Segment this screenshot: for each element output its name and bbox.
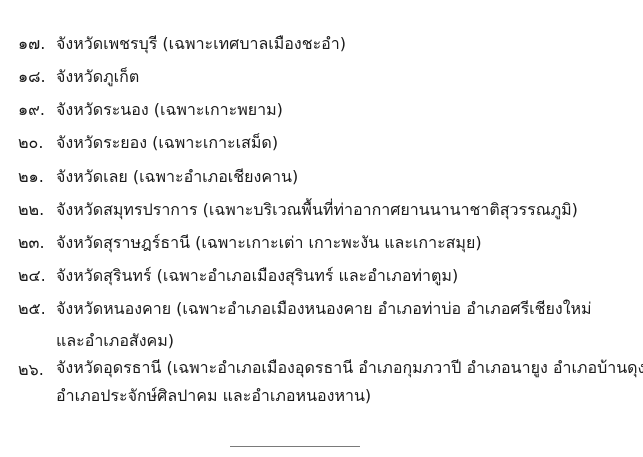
item-number: ๒๒. [18, 194, 54, 226]
item-text: จังหวัดสุรินทร์ (เฉพาะอำเภอเมืองสุรินทร์… [56, 260, 628, 292]
item-number: ๒๖. [18, 354, 54, 386]
list-item-25: ๒๕. จังหวัดหนองคาย (เฉพาะอำเภอเมืองหนองค… [18, 293, 628, 357]
item-number: ๒๕. [18, 293, 54, 325]
list-item-21: ๒๑. จังหวัดเลย (เฉพาะอำเภอเชียงคาน) [18, 161, 628, 193]
item-text: จังหวัดระนอง (เฉพาะเกาะพยาม) [56, 94, 628, 126]
item-number: ๒๔. [18, 260, 54, 292]
item-text: จังหวัดสุราษฎร์ธานี (เฉพาะเกาะเต่า เกาะพ… [56, 227, 628, 259]
list-item-23: ๒๓. จังหวัดสุราษฎร์ธานี (เฉพาะเกาะเต่า เ… [18, 227, 628, 259]
item-number: ๒๐. [18, 127, 54, 159]
item-line: จังหวัดเพชรบุรี (เฉพาะเทศบาลเมืองชะอำ) [56, 28, 628, 60]
list-item-20: ๒๐. จังหวัดระยอง (เฉพาะเกาะเสม็ด) [18, 127, 628, 159]
item-number: ๑๙. [18, 94, 54, 126]
item-line: จังหวัดระยอง (เฉพาะเกาะเสม็ด) [56, 127, 628, 159]
item-line: จังหวัดอุดรธานี (เฉพาะอำเภอเมืองอุดรธานี… [56, 354, 628, 382]
item-number: ๒๓. [18, 227, 54, 259]
item-text: จังหวัดอุดรธานี (เฉพาะอำเภอเมืองอุดรธานี… [56, 354, 628, 410]
end-divider-line [230, 446, 360, 447]
item-text: จังหวัดหนองคาย (เฉพาะอำเภอเมืองหนองคาย อ… [56, 293, 628, 357]
list-item-22: ๒๒. จังหวัดสมุทรปราการ (เฉพาะบริเวณพื้นท… [18, 194, 628, 226]
list-item-18: ๑๘. จังหวัดภูเก็ต [18, 61, 628, 93]
item-line: จังหวัดหนองคาย (เฉพาะอำเภอเมืองหนองคาย อ… [56, 293, 628, 325]
item-text: จังหวัดสมุทรปราการ (เฉพาะบริเวณพื้นที่ท่… [56, 194, 628, 226]
item-line: อำเภอประจักษ์ศิลปาคม และอำเภอหนองหาน) [56, 382, 628, 410]
item-text: จังหวัดเลย (เฉพาะอำเภอเชียงคาน) [56, 161, 628, 193]
item-line: จังหวัดภูเก็ต [56, 61, 628, 93]
item-line: จังหวัดสุราษฎร์ธานี (เฉพาะเกาะเต่า เกาะพ… [56, 227, 628, 259]
item-line: จังหวัดสุรินทร์ (เฉพาะอำเภอเมืองสุรินทร์… [56, 260, 628, 292]
item-line: และอำเภอสังคม) [56, 325, 628, 357]
list-item-19: ๑๙. จังหวัดระนอง (เฉพาะเกาะพยาม) [18, 94, 628, 126]
item-number: ๒๑. [18, 161, 54, 193]
list-item-24: ๒๔. จังหวัดสุรินทร์ (เฉพาะอำเภอเมืองสุริ… [18, 260, 628, 292]
item-number: ๑๗. [18, 28, 54, 60]
list-item-26: ๒๖. จังหวัดอุดรธานี (เฉพาะอำเภอเมืองอุดร… [18, 354, 628, 410]
item-text: จังหวัดเพชรบุรี (เฉพาะเทศบาลเมืองชะอำ) [56, 28, 628, 60]
item-line: จังหวัดเลย (เฉพาะอำเภอเชียงคาน) [56, 161, 628, 193]
item-line: จังหวัดสมุทรปราการ (เฉพาะบริเวณพื้นที่ท่… [56, 194, 628, 226]
item-line: จังหวัดระนอง (เฉพาะเกาะพยาม) [56, 94, 628, 126]
item-text: จังหวัดระยอง (เฉพาะเกาะเสม็ด) [56, 127, 628, 159]
list-item-17: ๑๗. จังหวัดเพชรบุรี (เฉพาะเทศบาลเมืองชะอ… [18, 28, 628, 60]
item-number: ๑๘. [18, 61, 54, 93]
item-text: จังหวัดภูเก็ต [56, 61, 628, 93]
